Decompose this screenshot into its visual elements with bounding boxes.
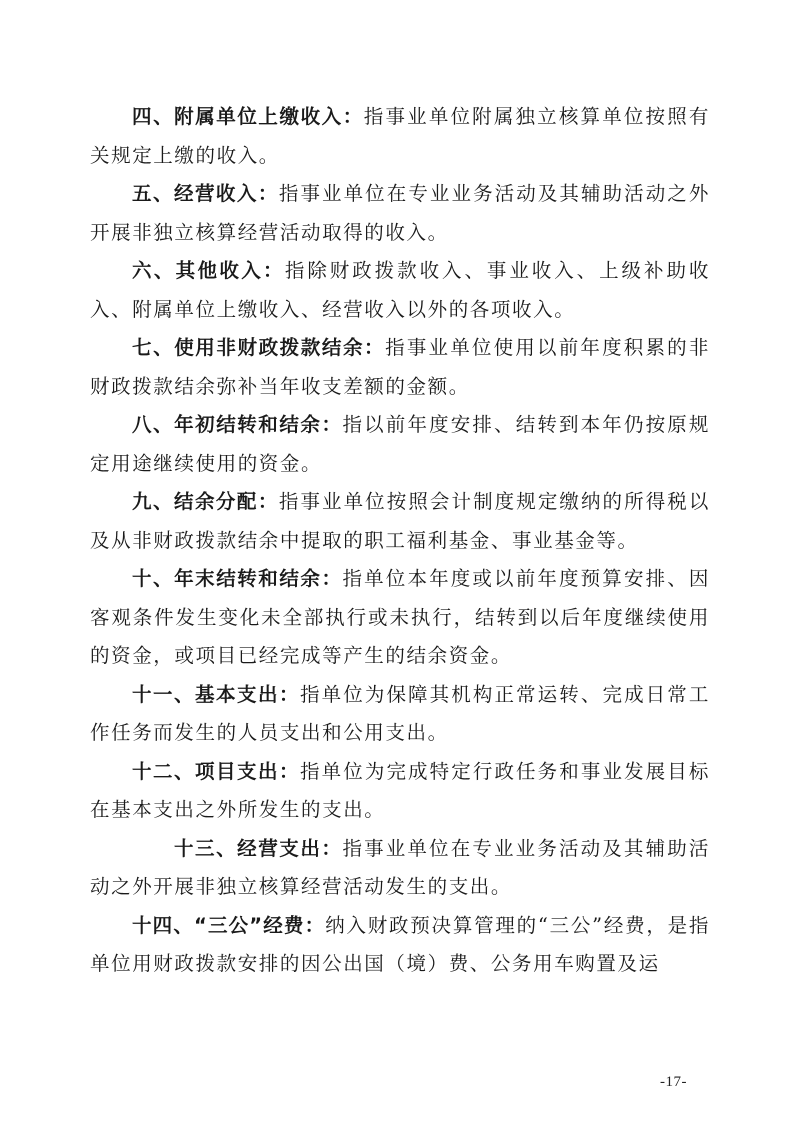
term-heading: 七、使用非财政拨款结余：: [132, 336, 385, 359]
paragraph-basic-expenditure: 十一、基本支出：指单位为保障其机构正常运转、完成日常工作任务而发生的人员支出和公…: [90, 676, 710, 753]
paragraph-surplus-distribution: 九、结余分配：指事业单位按照会计制度规定缴纳的所得税以及从非财政拨款结余中提取的…: [90, 483, 710, 560]
term-heading: 四、附属单位上缴收入：: [132, 105, 364, 128]
paragraph-operating-income: 五、经营收入：指事业单位在专业业务活动及其辅助活动之外开展非独立核算经营活动取得…: [90, 175, 710, 252]
term-heading: 十四、“三公”经费：: [132, 914, 325, 937]
paragraph-opening-carryover: 八、年初结转和结余：指以前年度安排、结转到本年仍按原规定用途继续使用的资金。: [90, 406, 710, 483]
term-heading: 十一、基本支出：: [132, 683, 300, 706]
paragraph-three-public-expenses: 十四、“三公”经费：纳入财政预决算管理的“三公”经费，是指单位用财政拨款安排的因…: [90, 907, 710, 984]
term-heading: 五、经营收入：: [132, 182, 279, 205]
term-heading: 九、结余分配：: [132, 490, 279, 513]
term-heading: 八、年初结转和结余：: [132, 413, 343, 436]
term-heading: 六、其他收入：: [132, 259, 285, 282]
document-page: 四、附属单位上缴收入：指事业单位附属独立核算单位按照有关规定上缴的收入。 五、经…: [90, 98, 710, 984]
paragraph-project-expenditure: 十二、项目支出：指单位为完成特定行政任务和事业发展目标在基本支出之外所发生的支出…: [90, 753, 710, 830]
paragraph-affiliated-unit-income: 四、附属单位上缴收入：指事业单位附属独立核算单位按照有关规定上缴的收入。: [90, 98, 710, 175]
term-heading: 十、年末结转和结余：: [132, 567, 343, 590]
paragraph-operating-expenditure: 十三、经营支出：指事业单位在专业业务活动及其辅助活动之外开展非独立核算经营活动发…: [90, 830, 710, 907]
page-number: -17-: [660, 1074, 687, 1091]
term-heading: 十二、项目支出：: [132, 760, 300, 783]
paragraph-closing-carryover: 十、年末结转和结余：指单位本年度或以前年度预算安排、因客观条件发生变化未全部执行…: [90, 560, 710, 676]
paragraph-non-fiscal-balance-use: 七、使用非财政拨款结余：指事业单位使用以前年度积累的非财政拨款结余弥补当年收支差…: [90, 329, 710, 406]
paragraph-other-income: 六、其他收入：指除财政拨款收入、事业收入、上级补助收入、附属单位上缴收入、经营收…: [90, 252, 710, 329]
term-heading: 十三、经营支出：: [174, 837, 342, 860]
